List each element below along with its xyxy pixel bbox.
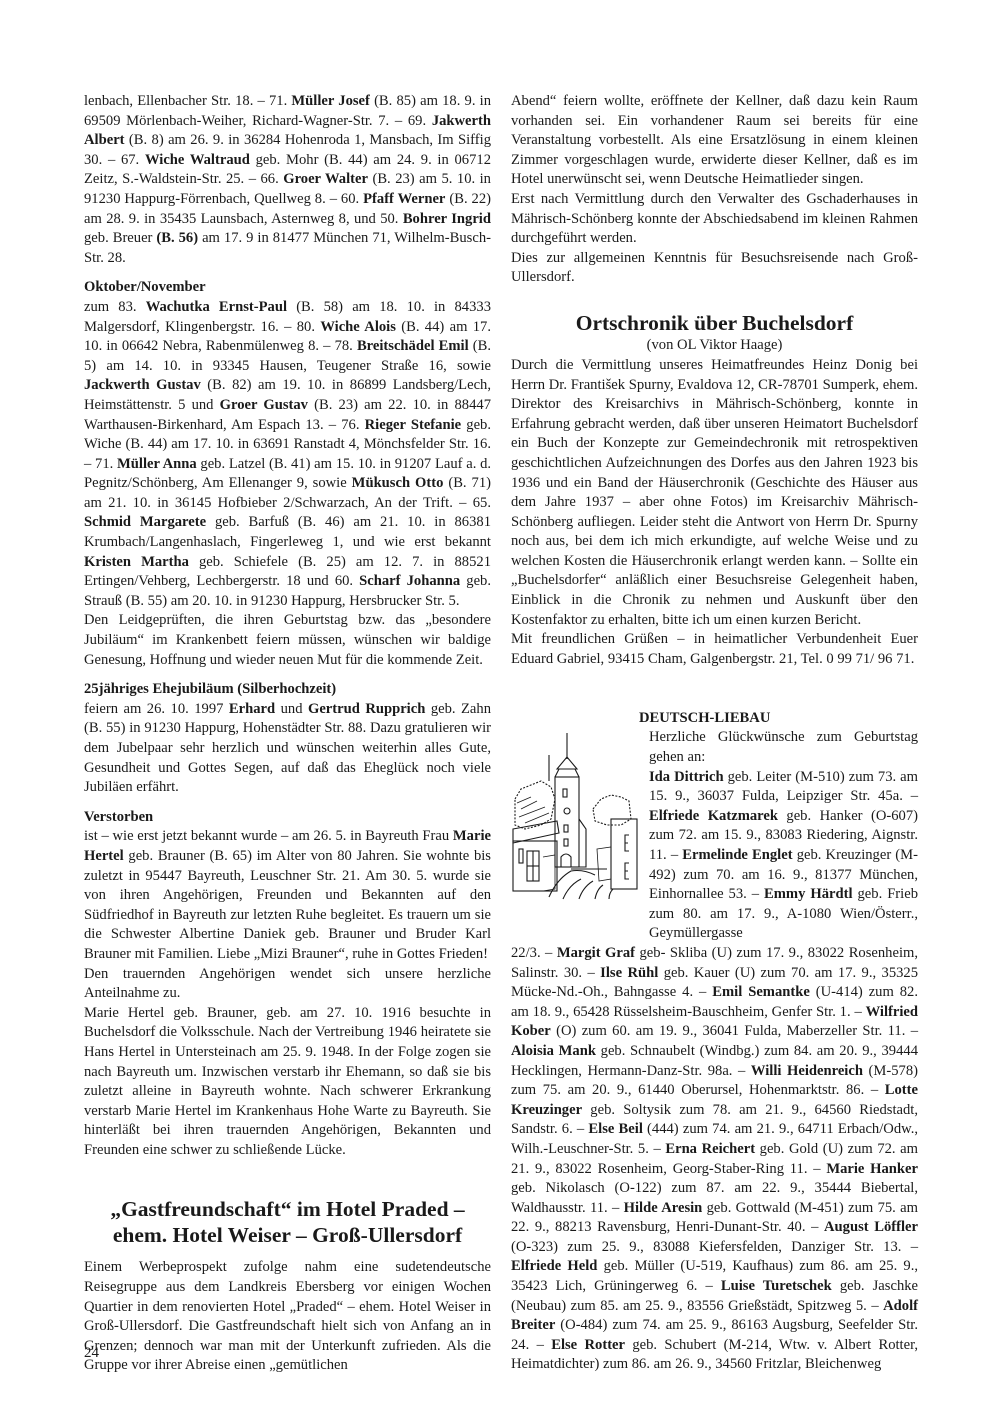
liebau-birthday-list-inset: Ida Dittrich geb. Leiter (M-510) zum 73.… [649, 768, 918, 944]
silberhochzeit-text: feiern am 26. 10. 1997 Erhard und Gertru… [84, 700, 491, 798]
person-name: Wiche Waltraud [145, 152, 250, 168]
person-name: Marie Hanker [826, 1161, 918, 1177]
church-village-illustration-icon [511, 729, 639, 901]
article-title-gastfreundschaft: „Gastfreundschaft“ im Hotel Praded – ehe… [84, 1196, 491, 1248]
condolence-text: Den trauernden Angehörigen wendet sich u… [84, 965, 491, 1004]
person-name: Erna Reichert [665, 1141, 755, 1157]
gastfreundschaft-continued-p3: Dies zur allgemeinen Kenntnis für Besuch… [511, 249, 918, 288]
get-well-wishes: Den Leidgeprüften, die ihren Geburtstag … [84, 611, 491, 670]
section-heading-silberhochzeit: 25jähriges Ehejubiläum (Silberhochzeit) [84, 680, 491, 700]
person-name: (B. 56) [156, 230, 198, 246]
section-heading-verstorben: Verstorben [84, 808, 491, 828]
article-title-line-1: „Gastfreundschaft“ im Hotel Praded – [84, 1196, 491, 1222]
article-title-ortschronik: Ortschronik über Buchelsdorf [511, 310, 918, 336]
person-name: Breitschädel Emil [357, 338, 469, 354]
obituary-biography: Marie Hertel geb. Brauner, geb. am 27. 1… [84, 1004, 491, 1161]
article-title-line-2: ehem. Hotel Weiser – Groß-Ullersdorf [84, 1222, 491, 1248]
person-name: Groer Walter [283, 171, 368, 187]
person-name: Elfriede Held [511, 1258, 597, 1274]
right-column: Abend“ feiern wollte, eröffnete der Kell… [511, 92, 918, 1375]
person-name: Ermelinde Englet [682, 847, 792, 863]
person-name: Müller Josef [291, 93, 369, 109]
gastfreundschaft-continued-p2: Erst nach Vermittlung durch den Verwalte… [511, 190, 918, 249]
person-name: Groer Gustav [220, 397, 308, 413]
liebau-birthday-list: 22/3. – Margit Graf geb- Skliba (U) zum … [511, 944, 918, 1375]
person-name: Pfaff Werner [363, 191, 445, 207]
person-name: Emmy Härdtl [764, 886, 852, 902]
person-name: Rieger Stefanie [365, 417, 461, 433]
person-name: Ilse Rühl [600, 965, 658, 981]
person-name: Müller Anna [117, 456, 197, 472]
article-ortschronik: Ortschronik über Buchelsdorf (von OL Vik… [511, 310, 918, 670]
person-name: Margit Graf [557, 945, 635, 961]
section-heading-deutsch-liebau: DEUTSCH-LIEBAU [639, 709, 918, 728]
section-heading-oktober-november: Oktober/November [84, 278, 491, 298]
page-number: 24 [84, 1345, 99, 1362]
person-name: Else Rotter [551, 1337, 625, 1353]
person-name: Ida Dittrich [649, 769, 724, 785]
person-name: Hilde Aresin [624, 1200, 703, 1216]
left-column: lenbach, Ellenbacher Str. 18. – 71. Müll… [84, 92, 491, 1376]
section-deutsch-liebau: DEUTSCH-LIEBAU [511, 709, 918, 1375]
person-name: Emil Semantke [712, 984, 810, 1000]
ortschronik-body: Durch die Vermittlung unseres Heimatfreu… [511, 356, 918, 630]
person-name: August Löffler [824, 1219, 918, 1235]
person-name: Mükusch Otto [352, 475, 444, 491]
person-name: Kristen Martha [84, 554, 189, 570]
person-name: Wachutka Ernst-Paul [146, 299, 287, 315]
birthday-list-september: lenbach, Ellenbacher Str. 18. – 71. Müll… [84, 92, 491, 268]
person-name: Else Beil [588, 1121, 642, 1137]
gastfreundschaft-body: Einem Werbeprospekt zufolge nahm eine su… [84, 1258, 491, 1376]
person-name: Elfriede Katzmarek [649, 808, 778, 824]
liebau-intro: Herzliche Glückwünsche zum Geburtstag ge… [649, 728, 918, 767]
obituary-text: ist – wie erst jetzt bekannt wurde – am … [84, 827, 491, 964]
person-name: Erhard [229, 701, 275, 717]
person-name: Willi Heidenreich [751, 1063, 863, 1079]
gastfreundschaft-continued-p1: Abend“ feiern wollte, eröffnete der Kell… [511, 92, 918, 190]
person-name: Aloisia Mank [511, 1043, 596, 1059]
person-name: Gertrud Rupprich [308, 701, 425, 717]
person-name: Scharf Johanna [359, 573, 460, 589]
person-name: Bohrer Ingrid [403, 211, 491, 227]
person-name: Luise Turetschek [721, 1278, 832, 1294]
person-name: Wiche Alois [320, 319, 396, 335]
ortschronik-closing: Mit freundlichen Grüßen – in heimatliche… [511, 630, 918, 669]
person-name: Schmid Margarete [84, 514, 206, 530]
person-name: Jackwerth Gustav [84, 377, 201, 393]
birthday-list-oktober-november: zum 83. Wachutka Ernst-Paul (B. 58) am 1… [84, 298, 491, 612]
article-byline: (von OL Viktor Haage) [511, 336, 918, 354]
